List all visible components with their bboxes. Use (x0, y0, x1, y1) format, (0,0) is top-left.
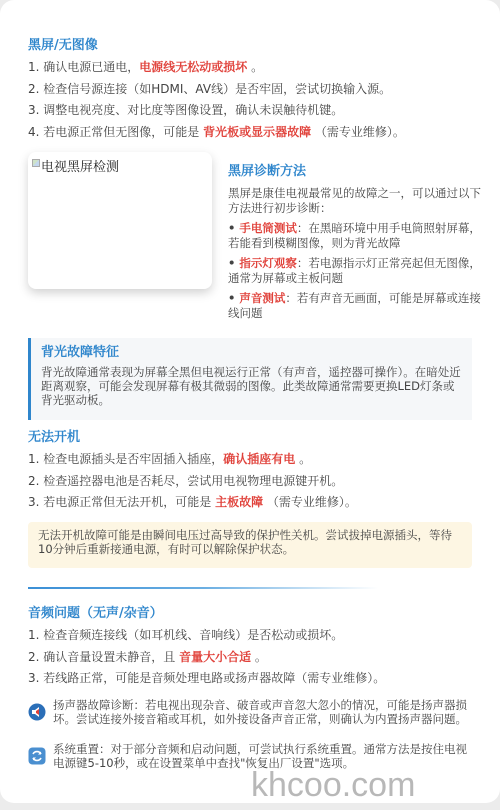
section-no-power: 无法开机 1. 检查电源插头是否牢固插入插座，确认插座有电 。 2. 检查遥控器… (28, 430, 480, 517)
speaker-icon (28, 703, 46, 721)
step-item: 1. 确认电源已通电，电源线无松动或损坏 。 (28, 60, 480, 74)
backlight-text: 背光故障通常表现为屏幕全黑但电视运行正常（有声音，遥控器可操作）。在暗处近距离观… (41, 365, 462, 407)
step-item: 2. 检查信号源连接（如HDMI、AV线）是否牢固，尝试切换输入源。 (28, 82, 480, 96)
highlight-text: 主板故障 (215, 495, 263, 509)
step-item: 3. 若线路正常，可能是音频处理电路或扬声器故障（需专业维修）。 (28, 671, 480, 685)
image-alt-text: 电视黑屏检测 (41, 156, 119, 175)
section-audio: 音频问题（无声/杂音） 1. 检查音频连接线（如耳机线、音响线）是否松动或损坏。… (28, 606, 480, 693)
note-text: 扬声器故障诊断：若电视出现杂音、破音或声音忽大忽小的情况，可能是扬声器损坏。尝试… (53, 698, 478, 726)
diagnosis-bullet: • 声音测试：若有声音无画面，可能是屏幕或连接线问题 (228, 291, 490, 321)
tv-black-screen-image: 电视黑屏检测 (28, 152, 212, 289)
diagnosis-bullet: • 手电筒测试：在黑暗环境中用手电筒照射屏幕，若能看到模糊图像，则为背光故障 (228, 221, 490, 251)
content-card: 黑屏/无图像 1. 确认电源已通电，电源线无松动或损坏 。 2. 检查信号源连接… (0, 0, 500, 803)
backlight-title: 背光故障特征 (41, 345, 462, 361)
step-item: 3. 调整电视亮度、对比度等图像设置，确认未误触待机键。 (28, 103, 480, 117)
section-title: 黑屏/无图像 (28, 38, 480, 54)
reset-icon (28, 747, 46, 765)
section-black-screen: 黑屏/无图像 1. 确认电源已通电，电源线无松动或损坏 。 2. 检查信号源连接… (28, 38, 480, 146)
diagnosis-intro: 黑屏是康佳电视最常见的故障之一，可以通过以下方法进行初步诊断： (228, 186, 490, 216)
section-divider (28, 587, 378, 589)
watermark-text: khcoo.com (251, 766, 415, 803)
bullet-label: 声音测试 (239, 291, 285, 305)
warning-box: 无法开机故障可能是由瞬间电压过高导致的保护性关机。尝试拔掉电源插头，等待10分钟… (28, 522, 472, 568)
section-title: 音频问题（无声/杂音） (28, 606, 480, 622)
broken-image-icon (32, 159, 40, 167)
highlight-text: 音量大小合适 (179, 650, 251, 664)
highlight-text: 电源线无松动或损坏 (139, 60, 247, 74)
backlight-info-box: 背光故障特征 背光故障通常表现为屏幕全黑但电视运行正常（有声音，遥控器可操作）。… (28, 338, 472, 420)
step-item: 2. 确认音量设置未静音，且 音量大小合适 。 (28, 650, 480, 664)
step-item: 4. 若电源正常但无图像，可能是 背光板或显示器故障 （需专业维修）。 (28, 125, 480, 139)
step-item: 2. 检查遥控器电池是否耗尽，尝试用电视物理电源键开机。 (28, 474, 480, 488)
highlight-text: 确认插座有电 (223, 452, 295, 466)
step-item: 3. 若电源正常但无法开机，可能是 主板故障 （需专业维修）。 (28, 495, 480, 509)
speaker-diagnosis-note: 扬声器故障诊断：若电视出现杂音、破音或声音忽大忽小的情况，可能是扬声器损坏。尝试… (28, 698, 478, 726)
step-item: 1. 检查电源插头是否牢固插入插座，确认插座有电 。 (28, 452, 480, 466)
diagnosis-title: 黑屏诊断方法 (228, 164, 490, 180)
warning-text: 无法开机故障可能是由瞬间电压过高导致的保护性关机。尝试拔掉电源插头，等待10分钟… (38, 528, 462, 556)
diagnosis-panel: 黑屏诊断方法 黑屏是康佳电视最常见的故障之一，可以通过以下方法进行初步诊断： •… (228, 164, 490, 326)
section-title: 无法开机 (28, 430, 480, 446)
highlight-text: 背光板或显示器故障 (203, 125, 311, 139)
bullet-label: 指示灯观察 (239, 256, 297, 270)
diagnosis-bullet: • 指示灯观察：若电源指示灯正常亮起但无图像，通常为屏幕或主板问题 (228, 256, 490, 286)
step-item: 1. 检查音频连接线（如耳机线、音响线）是否松动或损坏。 (28, 628, 480, 642)
bullet-label: 手电筒测试 (239, 221, 297, 235)
